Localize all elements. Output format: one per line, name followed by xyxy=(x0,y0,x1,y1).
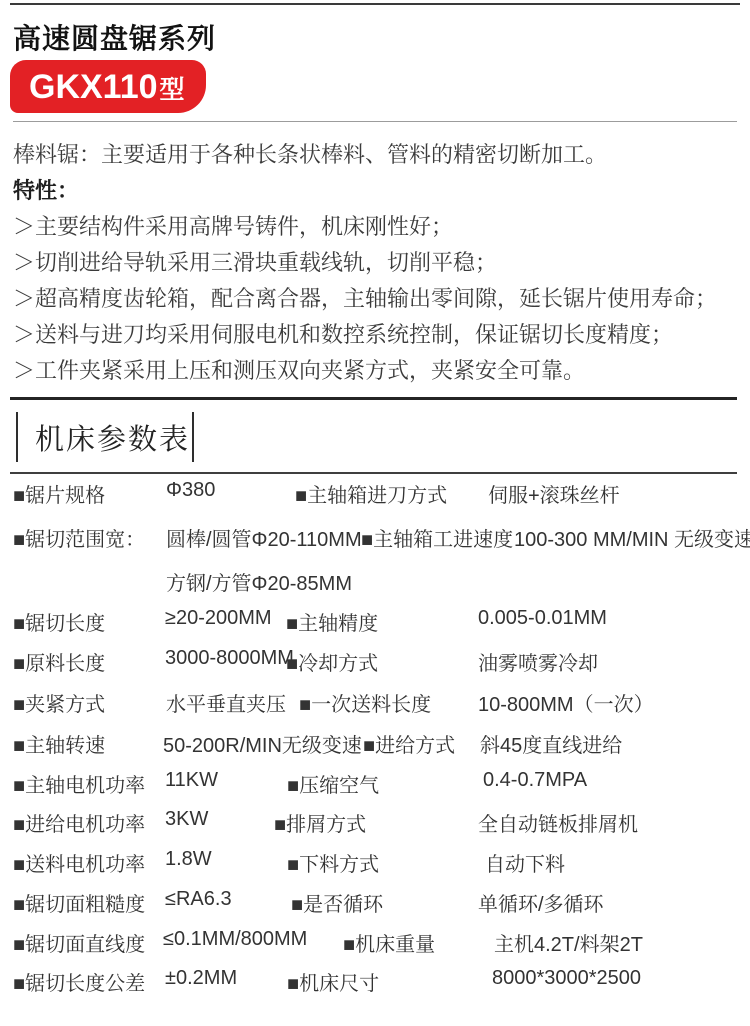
param-value: 单循环/多循环 xyxy=(478,888,604,917)
table-row: ■锯切长度公差 ±0.2MM ■机床尺寸 8000*3000*2500 xyxy=(0,967,750,995)
param-value: 3KW xyxy=(165,808,208,831)
table-row: ■锯切范围宽： 圆棒/圆管Φ20-110MM 方钢/方管Φ20-85MM ■主轴… xyxy=(0,523,750,595)
param-value: 100-300 MM/MIN 无级变速 xyxy=(514,523,750,552)
param-label: ■机床尺寸 xyxy=(287,967,379,996)
param-label: ■夹紧方式 xyxy=(13,688,105,717)
param-value: 0.4-0.7MPA xyxy=(483,769,587,792)
param-label: ■原料长度 xyxy=(13,647,105,676)
param-label: ■送料电机功率 xyxy=(13,848,145,877)
param-value: 圆棒/圆管Φ20-110MM xyxy=(166,523,362,552)
param-value: Φ380 xyxy=(166,479,215,502)
param-label: ■机床重量 xyxy=(343,928,435,957)
param-label: ■压缩空气 xyxy=(287,769,379,798)
param-value: 3000-8000MM xyxy=(165,647,294,670)
param-label: ■锯切长度公差 xyxy=(13,967,145,996)
param-label: ■排屑方式 xyxy=(274,808,366,837)
param-label: ■一次送料长度 xyxy=(299,688,431,717)
param-value: ±0.2MM xyxy=(165,967,237,990)
params-heading: 机床参数表 xyxy=(18,417,190,458)
param-label: ■下料方式 xyxy=(287,848,379,877)
param-label: ■冷却方式 xyxy=(286,647,378,676)
param-value: ≤RA6.3 xyxy=(165,888,232,911)
param-value: 方钢/方管Φ20-85MM xyxy=(166,567,352,596)
param-value: 50-200R/MIN无级变速 xyxy=(163,729,362,758)
table-row: ■进给电机功率 3KW ■排屑方式 全自动链板排屑机 xyxy=(0,808,750,836)
param-value: 水平垂直夹压 xyxy=(166,688,286,717)
param-value: 11KW xyxy=(165,769,218,792)
param-value: 全自动链板排屑机 xyxy=(478,808,638,837)
param-value: 主机4.2T/料架2T xyxy=(494,928,643,957)
param-label: ■锯片规格 xyxy=(13,479,105,508)
param-label: ■进给电机功率 xyxy=(13,808,145,837)
param-value: 0.005-0.01MM xyxy=(478,607,607,630)
feature-item: ＞送料与进刀均采用伺服电机和数控系统控制，保证锯切长度精度； xyxy=(13,318,673,349)
param-label: ■主轴转速 xyxy=(13,729,105,758)
param-value: ≥20-200MM xyxy=(165,607,272,630)
feature-item: ＞超高精度齿轮箱，配合离合器，主轴输出零间隙，延长锯片使用寿命； xyxy=(13,282,717,313)
table-row: ■夹紧方式 水平垂直夹压 ■一次送料长度 10-800MM（一次） xyxy=(0,688,750,716)
param-label: ■主轴箱工进速度 xyxy=(361,523,513,552)
param-label: ■锯切面粗糙度 xyxy=(13,888,145,917)
series-title: 高速圆盘锯系列 xyxy=(13,17,216,57)
table-row: ■锯切长度 ≥20-200MM ■主轴精度 0.005-0.01MM xyxy=(0,607,750,635)
feature-item: ＞工件夹紧采用上压和测压双向夹紧方式，夹紧安全可靠。 xyxy=(13,354,585,385)
section-divider xyxy=(10,397,737,400)
model-name: GKX110 xyxy=(29,70,158,104)
features-heading: 特性： xyxy=(13,174,79,205)
model-badge: GKX110 型 xyxy=(10,60,206,113)
table-row: ■主轴电机功率 11KW ■压缩空气 0.4-0.7MPA xyxy=(0,769,750,797)
intro-description: 棒料锯：主要适用于各种长条状棒料、管料的精密切断加工。 xyxy=(13,138,607,169)
feature-item: ＞切削进给导轨采用三滑块重载线轨，切削平稳； xyxy=(13,246,497,277)
top-divider xyxy=(10,3,740,5)
param-value: 自动下料 xyxy=(485,848,565,877)
param-value: ≤0.1MM/800MM xyxy=(163,928,307,951)
param-label: ■锯切范围宽： xyxy=(13,523,145,552)
param-label: ■主轴箱进刀方式 xyxy=(295,479,447,508)
model-badge-text: GKX110 型 xyxy=(29,70,185,104)
params-heading-box: 机床参数表 xyxy=(16,412,194,462)
param-label: ■是否循环 xyxy=(291,888,383,917)
param-label: ■主轴精度 xyxy=(286,607,378,636)
param-label: ■锯切长度 xyxy=(13,607,105,636)
table-row: ■锯片规格 Φ380 ■主轴箱进刀方式 伺服+滚珠丝杆 xyxy=(0,479,750,507)
table-row: ■送料电机功率 1.8W ■下料方式 自动下料 xyxy=(0,848,750,876)
model-suffix: 型 xyxy=(160,78,185,103)
table-row: ■锯切面直线度 ≤0.1MM/800MM ■机床重量 主机4.2T/料架2T xyxy=(0,928,750,956)
table-row: ■原料长度 3000-8000MM ■冷却方式 油雾喷雾冷却 xyxy=(0,647,750,675)
param-label: ■锯切面直线度 xyxy=(13,928,145,957)
badge-divider xyxy=(13,121,737,122)
param-value: 8000*3000*2500 xyxy=(492,967,641,990)
param-value: 斜45度直线进给 xyxy=(480,729,622,758)
feature-item: ＞主要结构件采用高牌号铸件，机床刚性好； xyxy=(13,210,453,241)
table-top-divider xyxy=(10,472,737,474)
table-row: ■主轴转速 50-200R/MIN无级变速 ■进给方式 斜45度直线进给 xyxy=(0,729,750,757)
param-value: 伺服+滚珠丝杆 xyxy=(488,479,620,508)
table-row: ■锯切面粗糙度 ≤RA6.3 ■是否循环 单循环/多循环 xyxy=(0,888,750,916)
param-value: 10-800MM（一次） xyxy=(478,688,654,717)
param-label: ■进给方式 xyxy=(363,729,455,758)
param-label: ■主轴电机功率 xyxy=(13,769,145,798)
param-value: 油雾喷雾冷却 xyxy=(478,647,598,676)
param-value: 1.8W xyxy=(165,848,212,871)
